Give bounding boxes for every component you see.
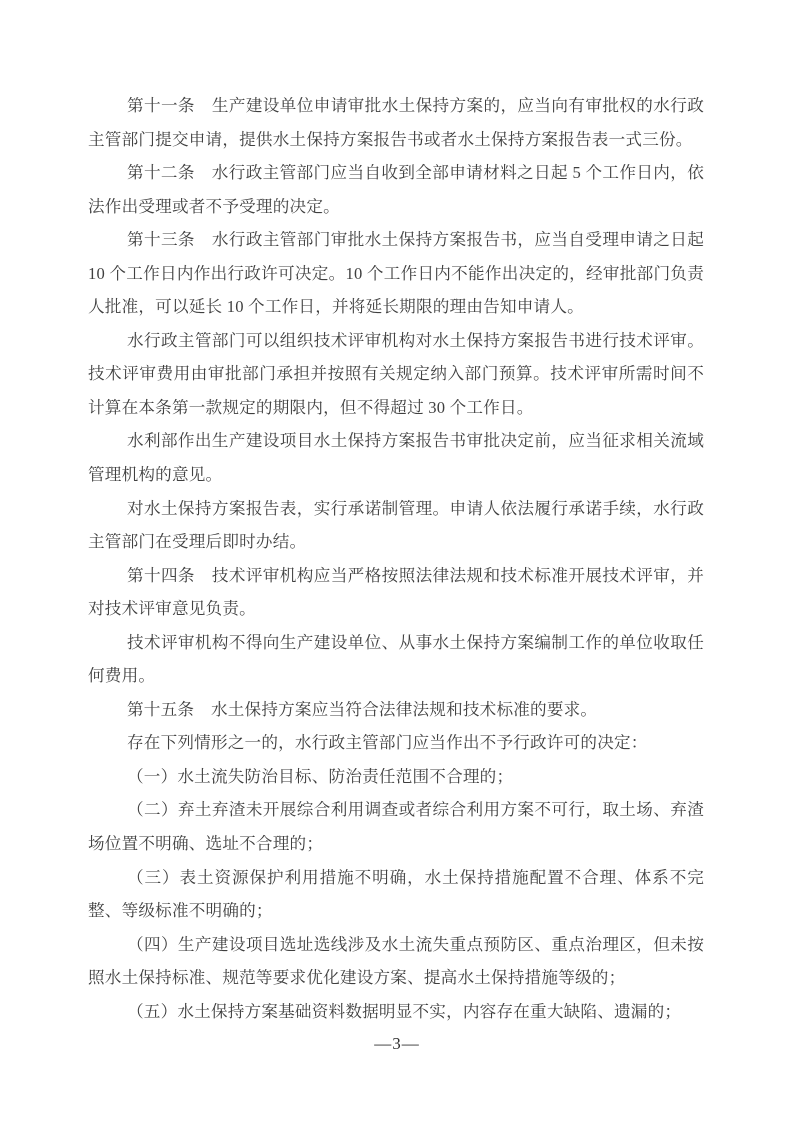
paragraph-article-13-clause-3: 水利部作出生产建设项目水土保持方案报告书审批决定前，应当征求相关流域管理机构的意… — [88, 424, 704, 491]
paragraph-article-13: 第十三条 水行政主管部门审批水土保持方案报告书，应当自受理申请之日起 10 个工… — [88, 223, 704, 324]
paragraph-article-14: 第十四条 技术评审机构应当严格按照法律法规和技术标准开展技术评审，并对技术评审意… — [88, 559, 704, 626]
paragraph-item-1: （一）水土流失防治目标、防治责任范围不合理的； — [88, 760, 704, 794]
page-number: —3— — [374, 1034, 420, 1053]
paragraph-item-3: （三）表土资源保护利用措施不明确，水土保持措施配置不合理、体系不完整、等级标准不… — [88, 861, 704, 928]
paragraph-article-15-intro: 存在下列情形之一的，水行政主管部门应当作出不予行政许可的决定： — [88, 726, 704, 760]
paragraph-article-15: 第十五条 水土保持方案应当符合法律法规和技术标准的要求。 — [88, 693, 704, 727]
paragraph-article-14-clause-2: 技术评审机构不得向生产建设单位、从事水土保持方案编制工作的单位收取任何费用。 — [88, 626, 704, 693]
paragraph-article-13-clause-4: 对水土保持方案报告表，实行承诺制管理。申请人依法履行承诺手续，水行政主管部门在受… — [88, 492, 704, 559]
paragraph-item-2: （二）弃土弃渣未开展综合利用调查或者综合利用方案不可行，取土场、弃渣场位置不明确… — [88, 793, 704, 860]
document-body: 第十一条 生产建设单位申请审批水土保持方案的，应当向有审批权的水行政主管部门提交… — [88, 89, 704, 1028]
paragraph-item-4: （四）生产建设项目选址选线涉及水土流失重点预防区、重点治理区，但未按照水土保持标… — [88, 928, 704, 995]
page-footer: —3— — [0, 1034, 794, 1054]
document-page: 第十一条 生产建设单位申请审批水土保持方案的，应当向有审批权的水行政主管部门提交… — [0, 0, 794, 1122]
paragraph-article-13-clause-2: 水行政主管部门可以组织技术评审机构对水土保持方案报告书进行技术评审。技术评审费用… — [88, 324, 704, 425]
paragraph-article-11: 第十一条 生产建设单位申请审批水土保持方案的，应当向有审批权的水行政主管部门提交… — [88, 89, 704, 156]
paragraph-item-5: （五）水土保持方案基础资料数据明显不实，内容存在重大缺陷、遗漏的； — [88, 995, 704, 1029]
paragraph-article-12: 第十二条 水行政主管部门应当自收到全部申请材料之日起 5 个工作日内，依法作出受… — [88, 156, 704, 223]
